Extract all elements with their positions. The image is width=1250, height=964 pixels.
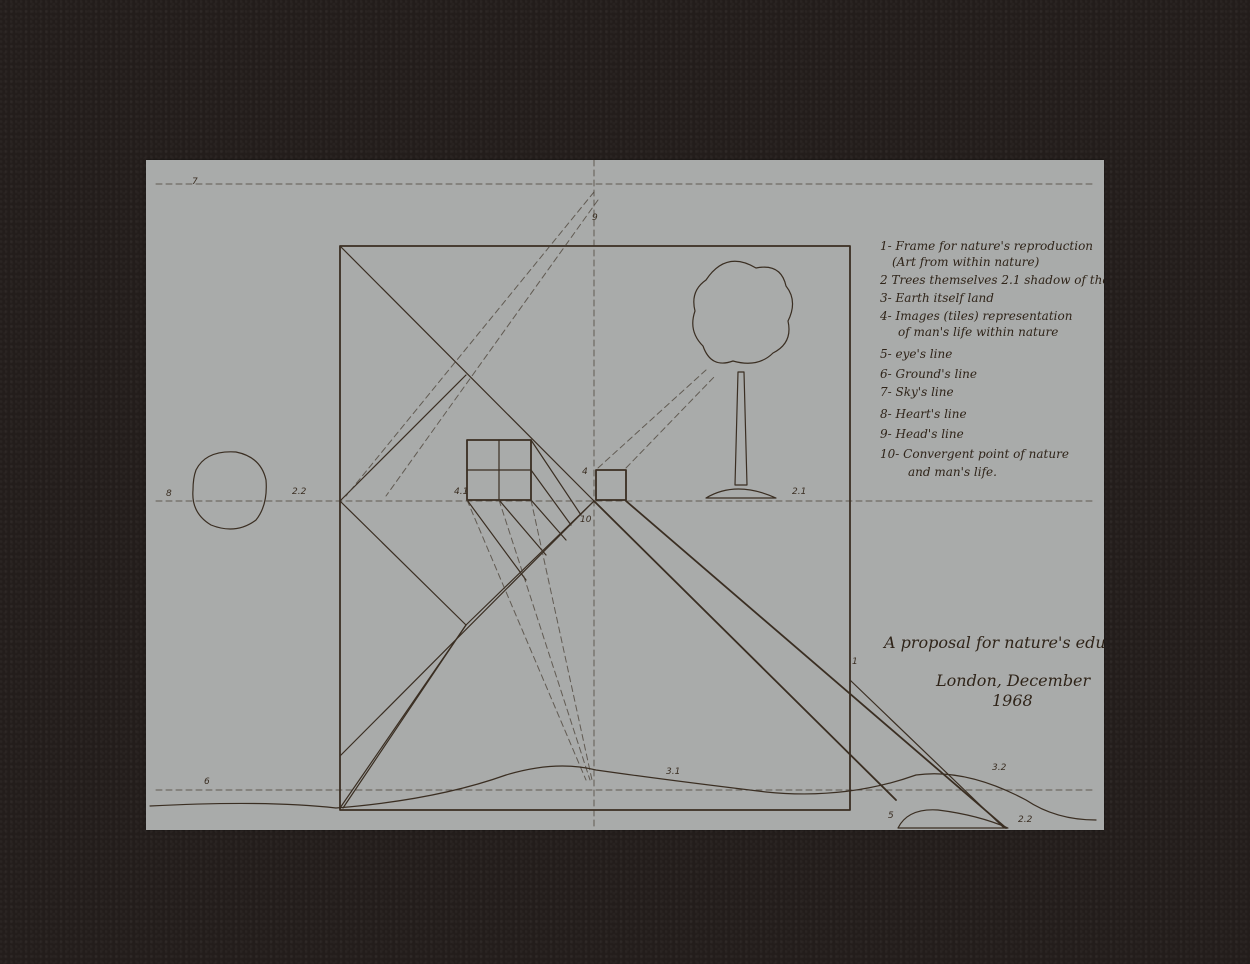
ray-head (346, 192, 594, 496)
mount-board: 7 9 8 2.2 4.1 4 10 2.1 1 6 3.1 3.2 5 2.2… (0, 0, 1250, 964)
label-7: 7 (192, 177, 198, 187)
label-9: 9 (592, 213, 598, 223)
diagonal-bottom (343, 625, 466, 808)
tile-depth-5 (467, 500, 526, 580)
svg-text:and man's life.: and man's life. (908, 465, 997, 479)
diagonal-center (466, 501, 594, 625)
diagonal-left-lower (340, 501, 466, 808)
title-note: A proposal for nature's education London… (882, 633, 1104, 710)
title-note-text: A proposal for nature's education (882, 633, 1104, 652)
label-2-2-bottom: 2.2 (1018, 815, 1033, 825)
perspective-drawing: 7 9 8 2.2 4.1 4 10 2.1 1 6 3.1 3.2 5 2.2… (146, 160, 1104, 830)
label-1: 1 (852, 657, 858, 667)
svg-text:1- Frame for nature's reproduc: 1- Frame for nature's reproduction (880, 239, 1093, 253)
earth-hatched-mound (898, 810, 1008, 828)
label-10: 10 (580, 515, 592, 525)
long-diagonal-3 (850, 680, 1004, 828)
label-5: 5 (888, 811, 894, 821)
sun-disc (193, 452, 266, 529)
svg-text:6- Ground's line: 6- Ground's line (880, 367, 977, 381)
label-4-1: 4.1 (454, 487, 468, 497)
tree-trunk (735, 372, 747, 485)
label-2-2-sun: 2.2 (292, 487, 307, 497)
svg-text:5- eye's line: 5- eye's line (880, 347, 952, 361)
tree-mound (706, 489, 776, 498)
svg-text:3- Earth itself land: 3- Earth itself land (880, 291, 994, 305)
tree-crown (693, 261, 793, 363)
tile-ray-3 (531, 500, 592, 780)
tile-depth-4 (531, 500, 566, 540)
long-diagonal-2 (626, 501, 1006, 828)
svg-text:(Art from within nature): (Art from within nature) (892, 255, 1040, 269)
label-4: 4 (582, 467, 588, 477)
diagonal-tip-up (340, 375, 466, 501)
label-2-1: 2.1 (792, 487, 806, 497)
box-ray-2 (626, 375, 716, 468)
svg-text:4- Images (tiles) representati: 4- Images (tiles) representation (879, 309, 1072, 323)
label-3-1: 3.1 (666, 767, 680, 777)
svg-text:7- Sky's line: 7- Sky's line (880, 385, 954, 399)
svg-text:9- Head's line: 9- Head's line (880, 427, 964, 441)
tile-ray-2 (499, 500, 590, 780)
frame-square (340, 246, 850, 810)
label-3-2: 3.2 (992, 763, 1007, 773)
svg-text:of man's life within nature: of man's life within nature (898, 325, 1058, 339)
label-8: 8 (166, 489, 172, 499)
legend: 1- Frame for nature's reproduction (Art … (879, 239, 1104, 479)
box-ray-1 (598, 370, 706, 468)
svg-text:2 Trees themselves 2.1 shadow: 2 Trees themselves 2.1 shadow of the tre… (879, 273, 1104, 287)
svg-text:8- Heart's line: 8- Heart's line (880, 407, 967, 421)
svg-text:10- Convergent point of nature: 10- Convergent point of nature (880, 447, 1069, 461)
tile-depth-2 (531, 470, 571, 525)
year-text: 1968 (992, 691, 1033, 710)
label-6: 6 (204, 777, 210, 787)
drawing-sheet: 7 9 8 2.2 4.1 4 10 2.1 1 6 3.1 3.2 5 2.2… (146, 160, 1104, 830)
place-date-text: London, December (935, 671, 1092, 690)
image-box (596, 470, 626, 500)
tile-ray-1 (467, 500, 586, 780)
ray-head-2 (386, 200, 598, 496)
